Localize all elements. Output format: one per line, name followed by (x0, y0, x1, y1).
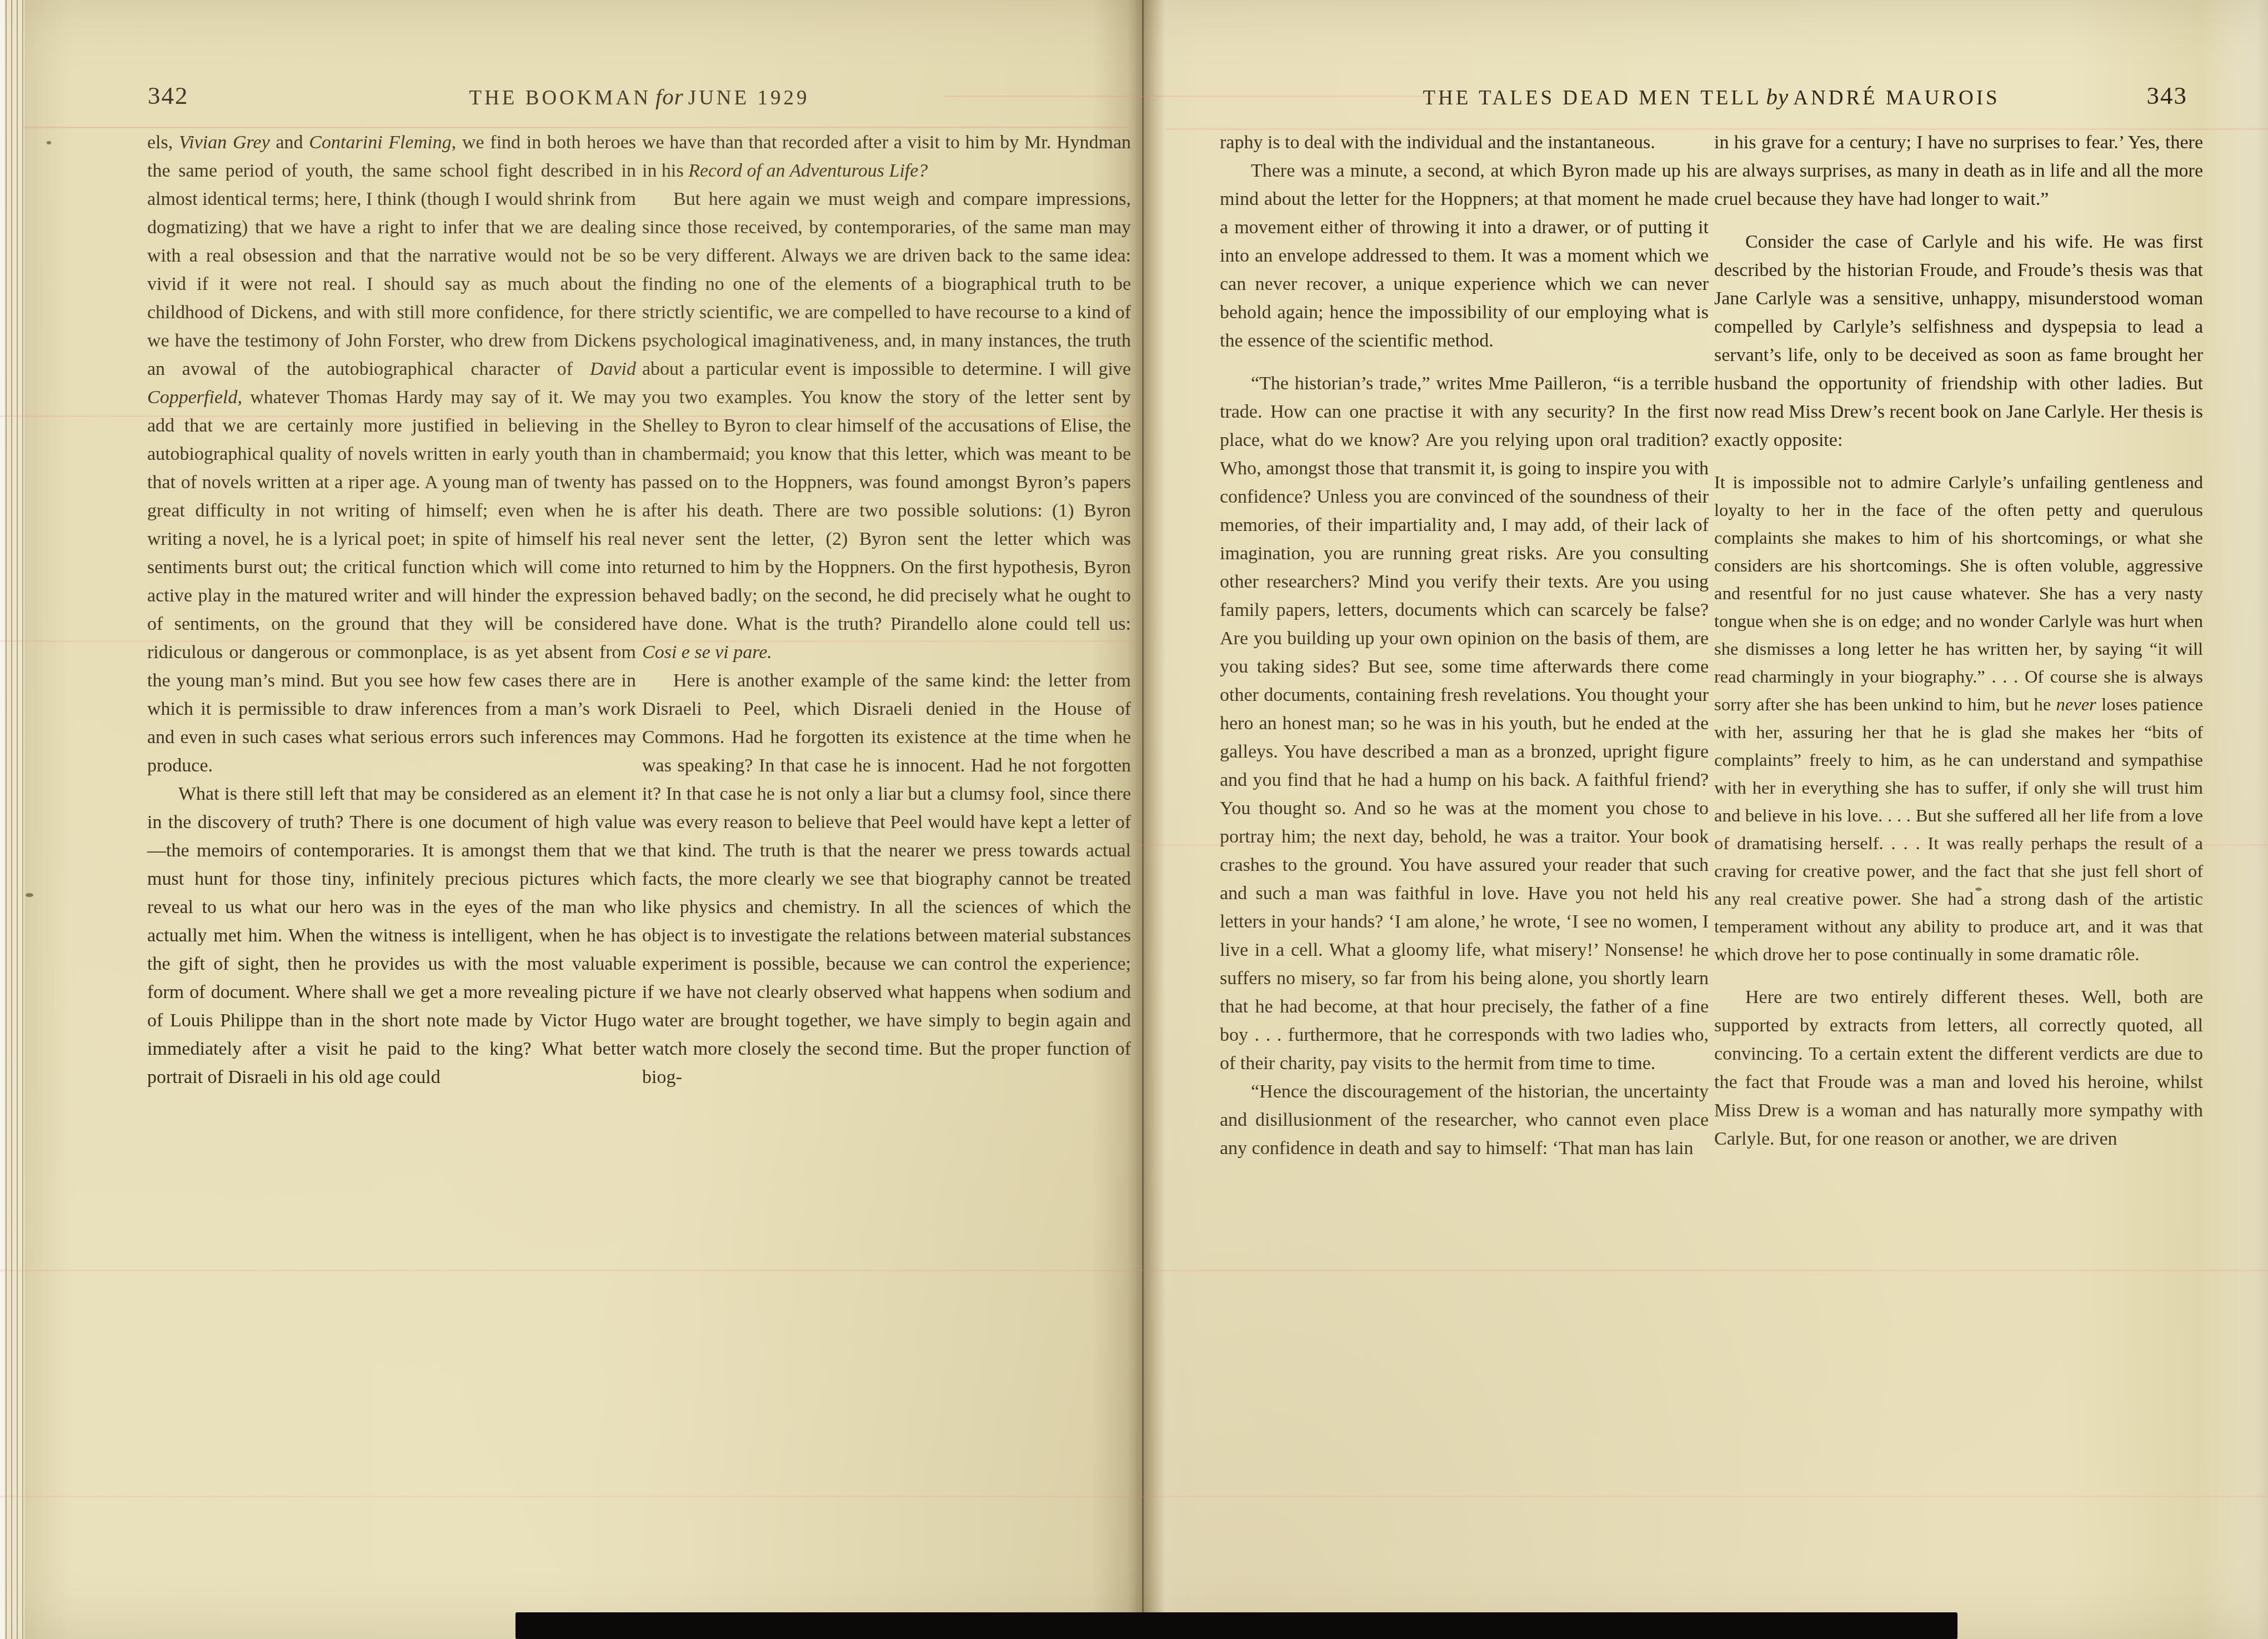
book-scan: 342 THE BOOKMANforJUNE 1929 els, Vivian … (0, 0, 2268, 1639)
paragraph: els, Vivian Grey and Contarini Fleming, … (147, 128, 636, 780)
page-stack-fore-edge (0, 0, 24, 1639)
scanner-bed-strip (515, 1612, 1957, 1639)
paragraph: Here is another example of the same kind… (642, 666, 1131, 1091)
text-segment: in his grave for a century; I have no su… (1714, 132, 2203, 209)
paragraph: But here again we must weigh and compare… (642, 185, 1131, 666)
italic-text-segment: Record of an Adventurous Life? (688, 161, 928, 181)
paragraph: Here are two entirely different theses. … (1714, 983, 2203, 1153)
running-head-right-connector: by (1762, 84, 1794, 109)
text-segment: What is there still left that may be con… (147, 784, 636, 1087)
paragraph: in his grave for a century; I have no su… (1714, 128, 2203, 213)
running-head-right-author: ANDRÉ MAUROIS (1793, 87, 2000, 109)
paragraph: “Hence the discouragement of the histori… (1220, 1077, 1709, 1162)
text-column-2: we have than that recorded after a visit… (642, 128, 1131, 1091)
text-column-4: in his grave for a century; I have no su… (1714, 128, 2203, 1153)
scan-artifact-line (0, 1496, 2268, 1497)
paragraph: There was a minute, a second, at which B… (1220, 157, 1709, 355)
running-head-left: THE BOOKMANforJUNE 1929 (147, 83, 1132, 110)
running-head-right: THE TALES DEAD MEN TELLbyANDRÉ MAUROIS (1219, 83, 2204, 110)
text-segment: Here is another example of the same kind… (642, 670, 1131, 1087)
text-column-1: els, Vivian Grey and Contarini Fleming, … (147, 128, 636, 1091)
text-segment: we find in both heroes the same period o… (147, 132, 636, 379)
text-segment: Consider the case of Carlyle and his wif… (1714, 232, 2203, 450)
italic-text-segment: Cosi e se vi pare. (642, 642, 772, 663)
running-head-left-connector: for (651, 84, 688, 109)
italic-text-segment: Contarini Fleming, (309, 132, 456, 153)
running-head-left-title: THE BOOKMAN (469, 87, 651, 109)
text-segment: It is impossible not to admire Carlyle’s… (1714, 473, 2203, 715)
text-segment: loses patience with her, assuring her th… (1714, 695, 2203, 965)
text-column-3: raphy is to deal with the individual and… (1220, 128, 1709, 1162)
text-segment: There was a minute, a second, at which B… (1220, 161, 1709, 351)
scan-artifact-line (0, 1270, 2268, 1271)
text-segment: and (270, 132, 309, 153)
text-segment: els, (147, 132, 179, 153)
page-number-right: 343 (2147, 81, 2188, 110)
text-segment: But here again we must weigh and compare… (642, 189, 1131, 634)
paragraph: “The historian’s trade,” writes Mme Pail… (1220, 369, 1709, 1077)
text-segment: raphy is to deal with the individual and… (1220, 132, 1655, 153)
text-segment: whatever Thomas Hardy may say of it. We … (147, 387, 636, 776)
paragraph: we have than that recorded after a visit… (642, 128, 1131, 185)
text-segment: Here are two entirely different theses. … (1714, 987, 2203, 1149)
text-segment: “The historian’s trade,” writes Mme Pail… (1220, 373, 1709, 1074)
italic-text-segment: Vivian Grey (179, 132, 270, 153)
running-head-right-title: THE TALES DEAD MEN TELL (1423, 87, 1761, 109)
paragraph: What is there still left that may be con… (147, 780, 636, 1091)
paragraph: Consider the case of Carlyle and his wif… (1714, 228, 2203, 454)
text-segment: “Hence the discouragement of the histori… (1220, 1081, 1709, 1159)
italic-text-segment: never (2056, 695, 2096, 715)
binding-crease-line (1142, 0, 1144, 1639)
dust-speck (26, 893, 33, 897)
running-head-left-issue: JUNE 1929 (688, 87, 810, 109)
paragraph: raphy is to deal with the individual and… (1220, 128, 1709, 157)
dust-speck (47, 141, 51, 144)
blockquote-paragraph: It is impossible not to admire Carlyle’s… (1714, 469, 2203, 969)
